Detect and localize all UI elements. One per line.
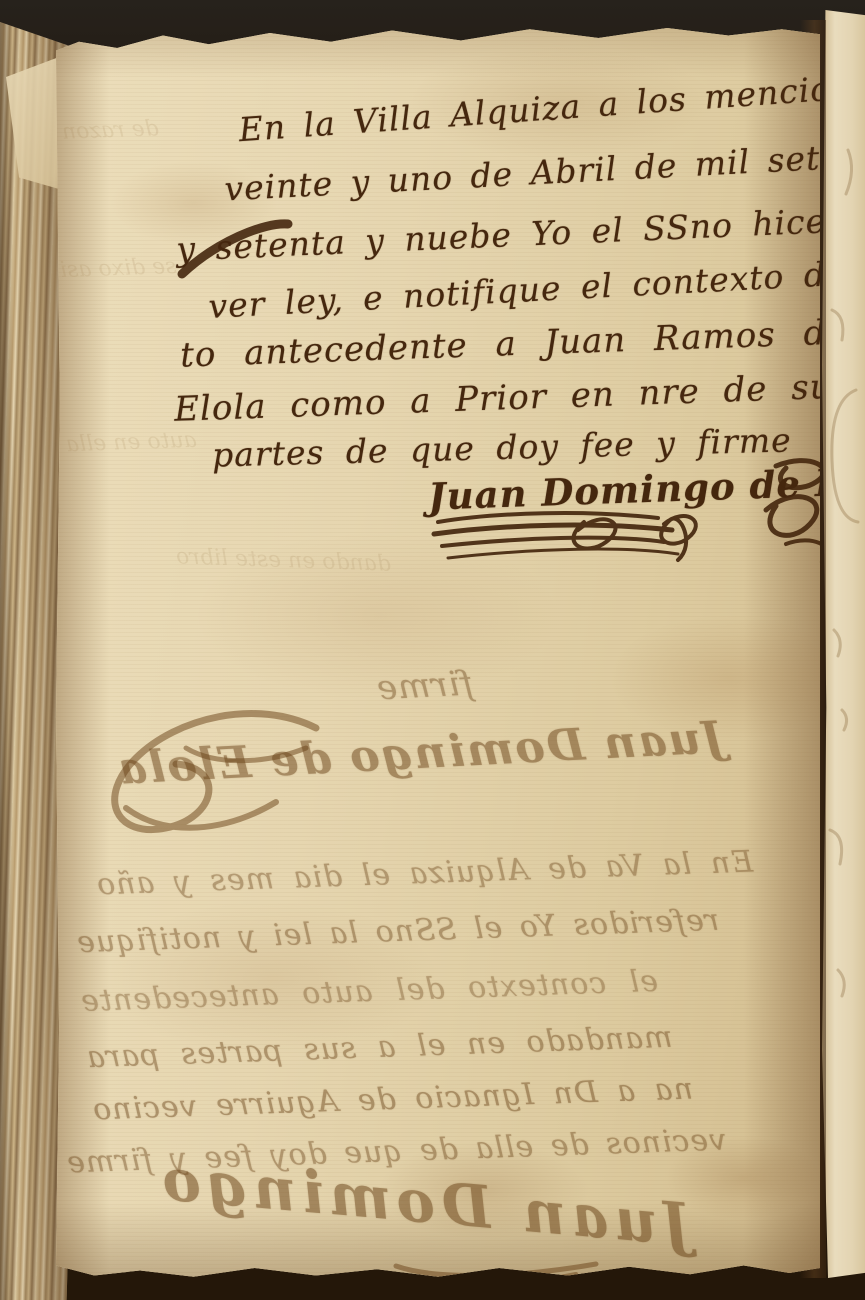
showthrough-bottom-flourish xyxy=(386,1256,606,1286)
manuscript-line: En la Villa Alquiza a los mencionados xyxy=(237,62,865,150)
showthrough-line: el contexto del auto antecedente xyxy=(80,964,659,1019)
manuscript-photo: de razon se dixo asi auto en ella dando … xyxy=(0,0,865,1300)
signature-rubric-flourish xyxy=(428,496,748,586)
showthrough-line: na a Dn Ignacio de Aguirre vecino xyxy=(92,1072,694,1128)
showthrough-rubric-flourish xyxy=(66,688,366,858)
ghost-showthrough-mark: de razon xyxy=(62,116,160,144)
showthrough-line: mandado en el a sus partes para xyxy=(86,1020,673,1075)
showthrough-word: firme xyxy=(375,663,474,708)
manuscript-line: Elola como a Prior en nre de sus xyxy=(174,366,852,430)
showthrough-line: referidos Yo el SSno la lei y notifique xyxy=(76,903,720,960)
ghost-showthrough-mark: dando en este libro xyxy=(176,544,392,576)
ghost-showthrough-mark: se dixo asi xyxy=(60,254,177,283)
ghost-showthrough-mark: auto en ella xyxy=(66,428,198,458)
manuscript-page: de razon se dixo asi auto en ella dando … xyxy=(56,28,820,1278)
next-page-faint-marks-icon xyxy=(822,10,865,1278)
next-page-edge xyxy=(822,10,865,1278)
pen-swash-icon xyxy=(176,216,296,286)
